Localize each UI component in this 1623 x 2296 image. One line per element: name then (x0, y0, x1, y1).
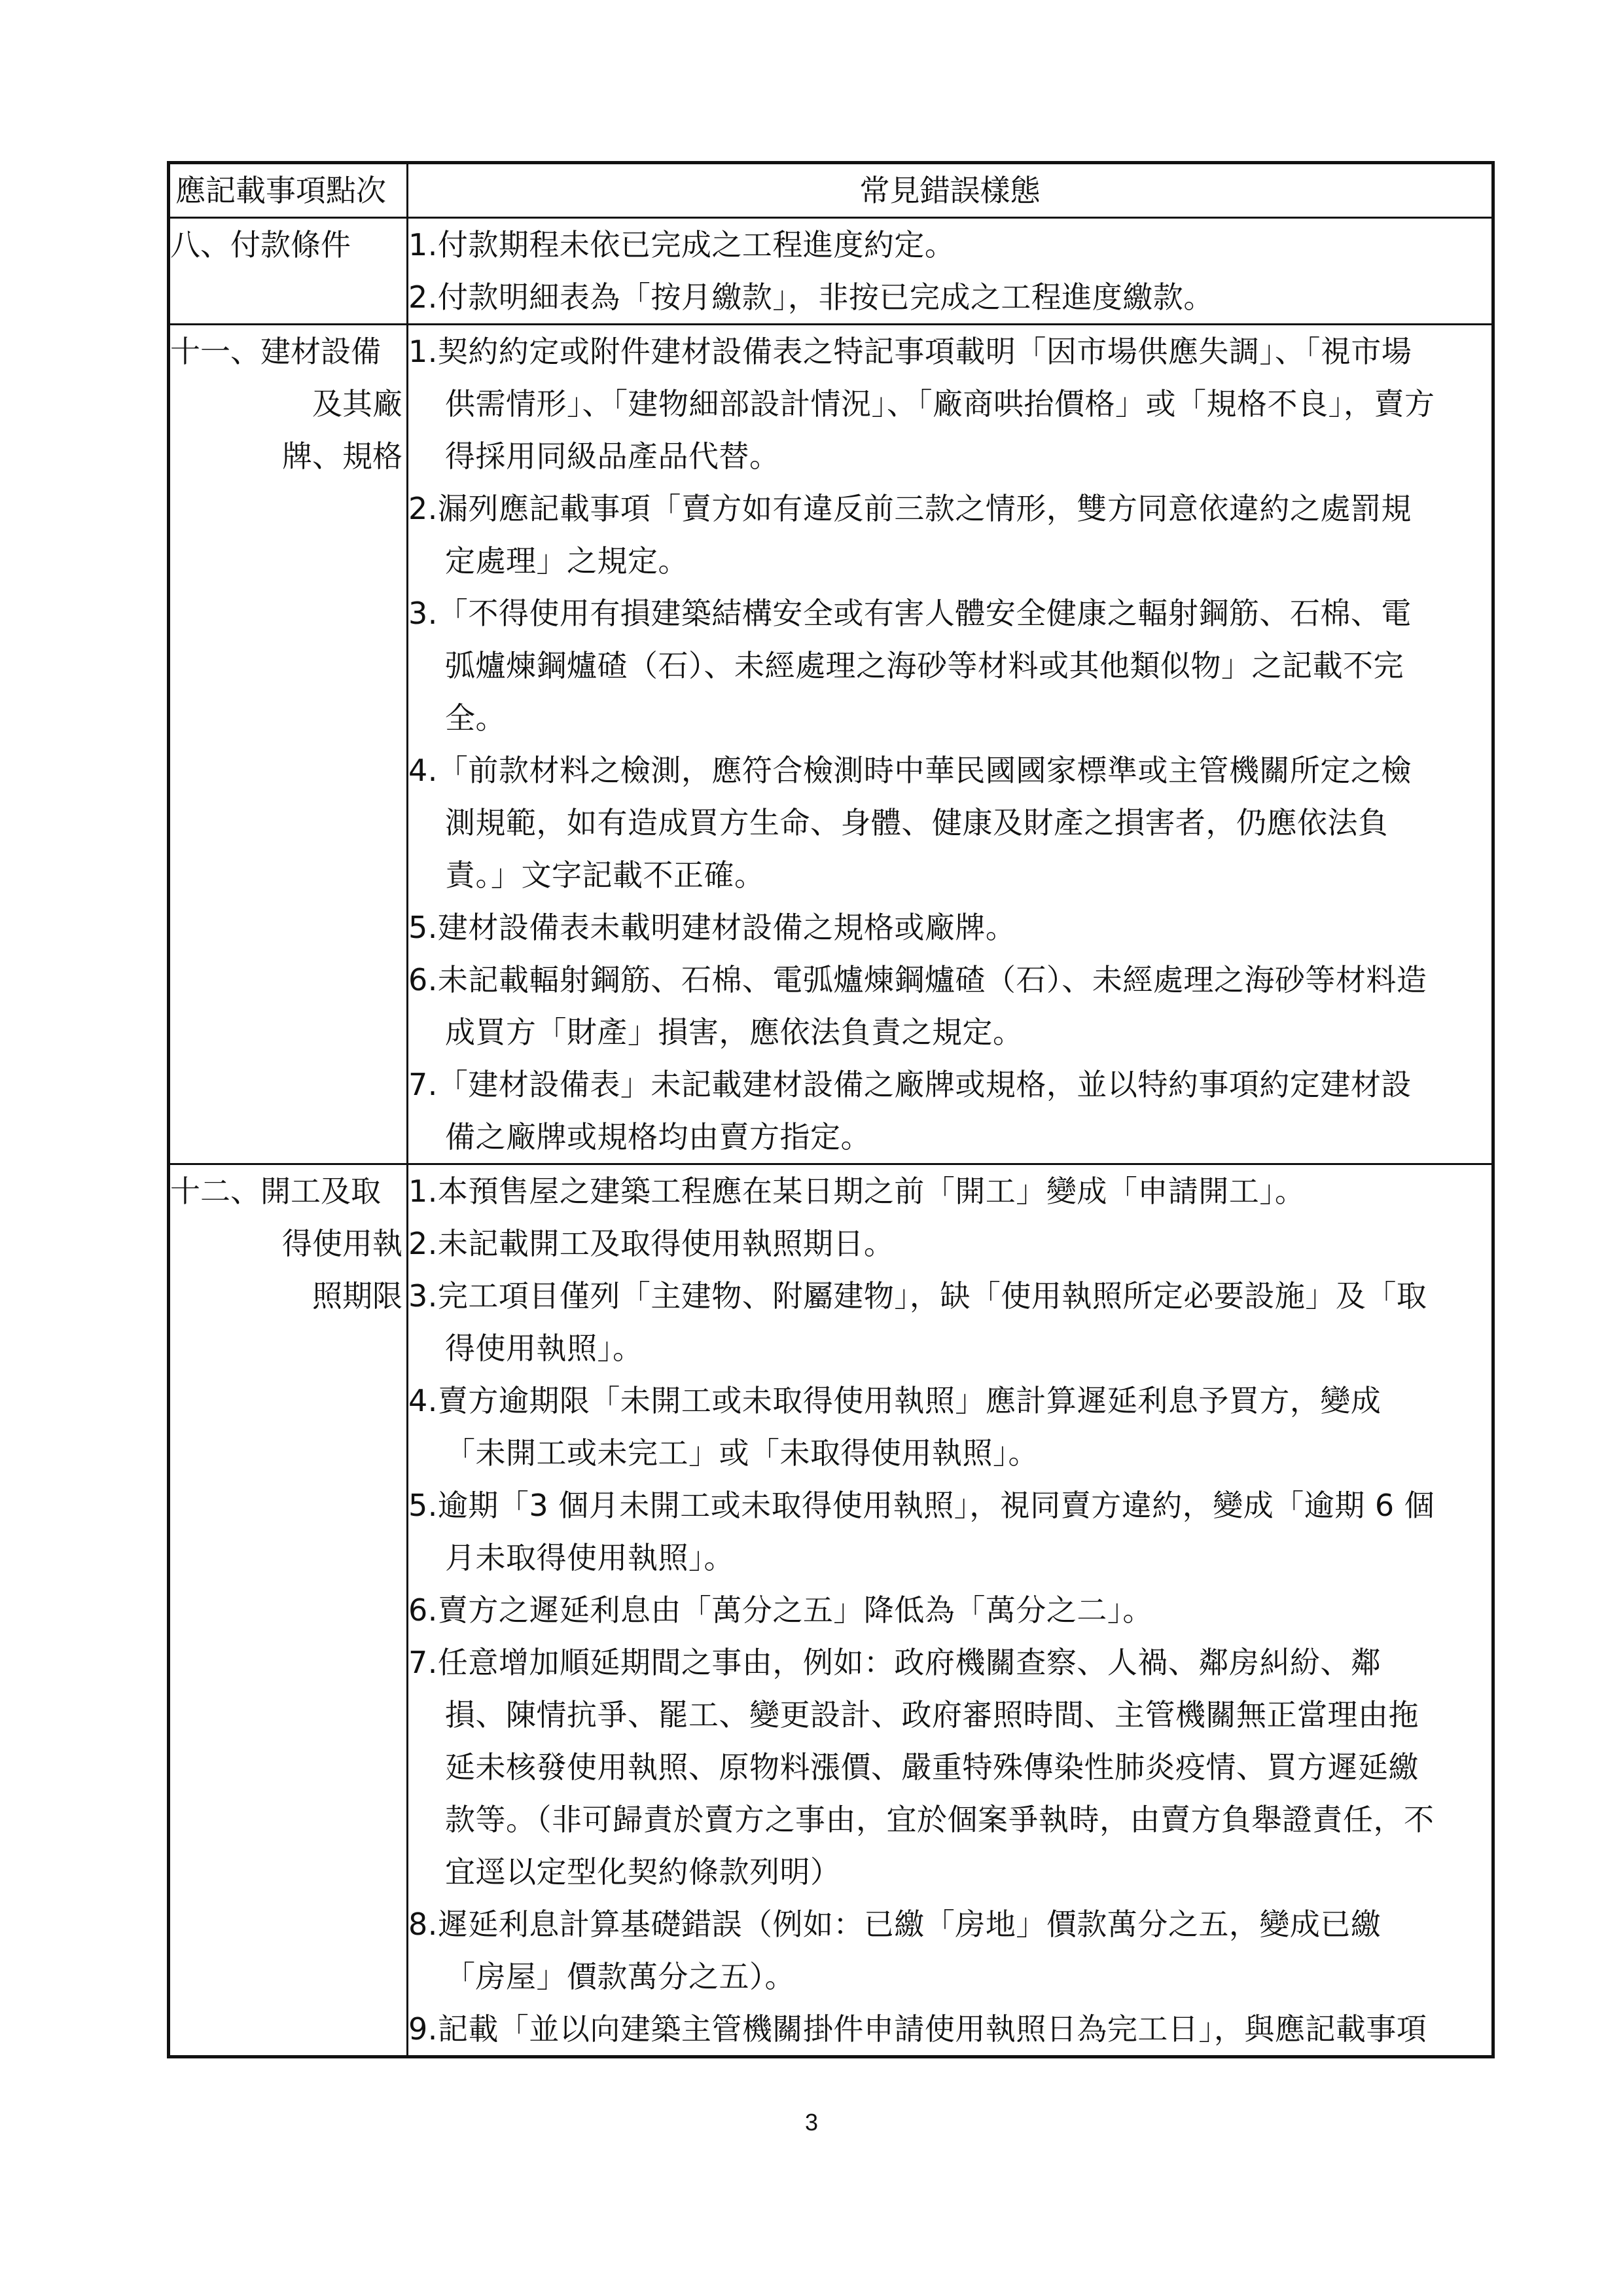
page-number: 3 (0, 2109, 1623, 2136)
errors-cell: 1.本預售屋之建築工程應在某日期之前「開工」變成「申請開工」。2.未記載開工及取… (408, 1164, 1493, 2057)
error-entry-text: 2.付款明細表為「按月繳款」，非按已完成之工程進度繳款。 (408, 271, 1491, 323)
error-entry-text: 7.「建材設備表」未記載建材設備之廠牌或規格，並以特約事項約定建材設 (408, 1058, 1491, 1111)
error-entry: 2.付款明細表為「按月繳款」，非按已完成之工程進度繳款。 (408, 271, 1491, 323)
item-label-line: 照期限 (170, 1270, 406, 1322)
table-header-row: 應記載事項點次 常見錯誤樣態 (169, 163, 1493, 218)
error-entry: 1.本預售屋之建築工程應在某日期之前「開工」變成「申請開工」。 (408, 1165, 1491, 1217)
table-row: 八、付款條件1.付款期程未依已完成之工程進度約定。2.付款明細表為「按月繳款」，… (169, 218, 1493, 325)
error-entry-continuation: 得使用執照」。 (408, 1322, 1491, 1374)
error-entry-continuation: 全。 (408, 692, 1491, 744)
error-entry: 2.未記載開工及取得使用執照期日。 (408, 1217, 1491, 1270)
table-row: 十二、開工及取得使用執照期限1.本預售屋之建築工程應在某日期之前「開工」變成「申… (169, 1164, 1493, 2057)
errors-cell: 1.付款期程未依已完成之工程進度約定。2.付款明細表為「按月繳款」，非按已完成之… (408, 218, 1493, 325)
item-label-line: 十一、建材設備 (170, 325, 406, 378)
error-entry-continuation: 宜逕以定型化契約條款列明） (408, 1846, 1491, 1898)
item-cell: 十一、建材設備及其廠牌、規格 (169, 325, 408, 1164)
error-entry-text: 1.本預售屋之建築工程應在某日期之前「開工」變成「申請開工」。 (408, 1165, 1491, 1217)
error-entry-continuation: 得採用同級品產品代替。 (408, 430, 1491, 482)
error-entry-continuation: 供需情形」、「建物細部設計情況」、「廠商哄抬價格」或「規格不良」，賣方 (408, 378, 1491, 430)
common-errors-table: 應記載事項點次 常見錯誤樣態 八、付款條件1.付款期程未依已完成之工程進度約定。… (167, 161, 1495, 2058)
error-entry: 5.逾期「3 個月未開工或未取得使用執照」，視同賣方違約，變成「逾期 6 個月未… (408, 1479, 1491, 1584)
error-entry: 2.漏列應記載事項「賣方如有違反前三款之情形，雙方同意依違約之處罰規定處理」之規… (408, 482, 1491, 587)
error-entry-continuation: 弧爐煉鋼爐碴（石）、未經處理之海砂等材料或其他類似物」之記載不完 (408, 639, 1491, 692)
item-cell: 八、付款條件 (169, 218, 408, 325)
error-entry-continuation: 「房屋」價款萬分之五）。 (408, 1950, 1491, 2003)
error-entry-continuation: 損、陳情抗爭、罷工、變更設計、政府審照時間、主管機關無正當理由拖 (408, 1689, 1491, 1741)
error-entry: 1.契約約定或附件建材設備表之特記事項載明「因市場供應失調」、「視市場供需情形」… (408, 325, 1491, 482)
error-entry: 9.記載「並以向建築主管機關掛件申請使用執照日為完工日」，與應記載事項 (408, 2003, 1491, 2055)
error-entry-text: 4.賣方逾期限「未開工或未取得使用執照」應計算遲延利息予買方，變成 (408, 1374, 1491, 1427)
error-entry-text: 3.完工項目僅列「主建物、附屬建物」，缺「使用執照所定必要設施」及「取 (408, 1270, 1491, 1322)
error-entry-text: 5.逾期「3 個月未開工或未取得使用執照」，視同賣方違約，變成「逾期 6 個 (408, 1479, 1491, 1532)
error-entry: 4.賣方逾期限「未開工或未取得使用執照」應計算遲延利息予買方，變成「未開工或未完… (408, 1374, 1491, 1479)
error-entry-text: 6.賣方之遲延利息由「萬分之五」降低為「萬分之二」。 (408, 1584, 1491, 1636)
error-entry: 6.賣方之遲延利息由「萬分之五」降低為「萬分之二」。 (408, 1584, 1491, 1636)
error-entry-continuation: 定處理」之規定。 (408, 535, 1491, 587)
error-entry-text: 5.建材設備表未載明建材設備之規格或廠牌。 (408, 901, 1491, 954)
error-entry-text: 2.未記載開工及取得使用執照期日。 (408, 1217, 1491, 1270)
error-entry-text: 2.漏列應記載事項「賣方如有違反前三款之情形，雙方同意依違約之處罰規 (408, 482, 1491, 535)
error-entry-text: 4.「前款材料之檢測，應符合檢測時中華民國國家標準或主管機關所定之檢 (408, 744, 1491, 797)
column-header-errors: 常見錯誤樣態 (408, 163, 1493, 218)
error-entry: 8.遲延利息計算基礎錯誤（例如：已繳「房地」價款萬分之五，變成已繳「房屋」價款萬… (408, 1898, 1491, 2003)
error-entry-text: 9.記載「並以向建築主管機關掛件申請使用執照日為完工日」，與應記載事項 (408, 2003, 1491, 2055)
error-entry-continuation: 備之廠牌或規格均由賣方指定。 (408, 1111, 1491, 1163)
error-entry: 5.建材設備表未載明建材設備之規格或廠牌。 (408, 901, 1491, 954)
table-row: 十一、建材設備及其廠牌、規格1.契約約定或附件建材設備表之特記事項載明「因市場供… (169, 325, 1493, 1164)
error-entry-continuation: 責。」文字記載不正確。 (408, 849, 1491, 901)
errors-cell: 1.契約約定或附件建材設備表之特記事項載明「因市場供應失調」、「視市場供需情形」… (408, 325, 1493, 1164)
column-header-item: 應記載事項點次 (169, 163, 408, 218)
item-label-line: 十二、開工及取 (170, 1165, 406, 1217)
item-label-line: 牌、規格 (170, 430, 406, 482)
error-entry-text: 1.付款期程未依已完成之工程進度約定。 (408, 219, 1491, 271)
error-entry: 3.完工項目僅列「主建物、附屬建物」，缺「使用執照所定必要設施」及「取得使用執照… (408, 1270, 1491, 1374)
error-entry-continuation: 月未取得使用執照」。 (408, 1532, 1491, 1584)
error-entry-continuation: 測規範，如有造成買方生命、身體、健康及財產之損害者，仍應依法負 (408, 797, 1491, 849)
error-entry: 7.任意增加順延期間之事由，例如：政府機關查察、人禍、鄰房糾紛、鄰損、陳情抗爭、… (408, 1636, 1491, 1898)
error-entry-continuation: 延未核發使用執照、原物料漲價、嚴重特殊傳染性肺炎疫情、買方遲延繳 (408, 1741, 1491, 1793)
item-cell: 十二、開工及取得使用執照期限 (169, 1164, 408, 2057)
document-page: 應記載事項點次 常見錯誤樣態 八、付款條件1.付款期程未依已完成之工程進度約定。… (0, 0, 1623, 2296)
error-entry-continuation: 成買方「財產」損害，應依法負責之規定。 (408, 1006, 1491, 1058)
item-label-line: 得使用執 (170, 1217, 406, 1270)
error-entry: 1.付款期程未依已完成之工程進度約定。 (408, 219, 1491, 271)
error-entry-continuation: 「未開工或未完工」或「未取得使用執照」。 (408, 1427, 1491, 1479)
error-entry-text: 6.未記載輻射鋼筋、石棉、電弧爐煉鋼爐碴（石）、未經處理之海砂等材料造 (408, 954, 1491, 1006)
error-entry: 4.「前款材料之檢測，應符合檢測時中華民國國家標準或主管機關所定之檢測規範，如有… (408, 744, 1491, 901)
error-entry-text: 1.契約約定或附件建材設備表之特記事項載明「因市場供應失調」、「視市場 (408, 325, 1491, 378)
error-entry-text: 7.任意增加順延期間之事由，例如：政府機關查察、人禍、鄰房糾紛、鄰 (408, 1636, 1491, 1689)
error-entry-text: 8.遲延利息計算基礎錯誤（例如：已繳「房地」價款萬分之五，變成已繳 (408, 1898, 1491, 1950)
error-entry-text: 3.「不得使用有損建築結構安全或有害人體安全健康之輻射鋼筋、石棉、電 (408, 587, 1491, 639)
error-entry-continuation: 款等。（非可歸責於賣方之事由，宜於個案爭執時，由賣方負舉證責任，不 (408, 1793, 1491, 1846)
error-entry: 6.未記載輻射鋼筋、石棉、電弧爐煉鋼爐碴（石）、未經處理之海砂等材料造成買方「財… (408, 954, 1491, 1058)
error-entry: 3.「不得使用有損建築結構安全或有害人體安全健康之輻射鋼筋、石棉、電弧爐煉鋼爐碴… (408, 587, 1491, 744)
error-entry: 7.「建材設備表」未記載建材設備之廠牌或規格，並以特約事項約定建材設備之廠牌或規… (408, 1058, 1491, 1163)
item-label-line: 八、付款條件 (170, 219, 406, 271)
item-label-line: 及其廠 (170, 378, 406, 430)
